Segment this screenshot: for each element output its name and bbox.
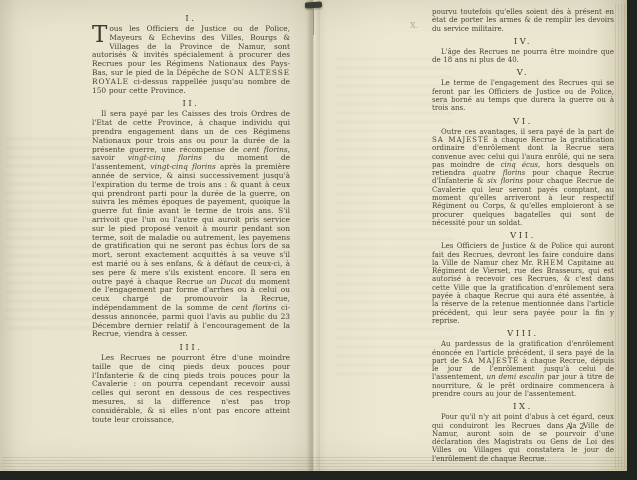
italic-term: cent florins [232, 303, 277, 312]
section-heading-i: I. [92, 13, 290, 23]
italic-term: six florins [487, 177, 523, 185]
spaced-capitals-term: RHEM [537, 259, 564, 267]
section-heading-vi: VI. [432, 116, 614, 126]
section-heading-ix: IX. [432, 401, 614, 411]
right-text-column: pourvu toutefois qu'elles soient dès à p… [432, 8, 614, 463]
italic-term: vingt-cinq florins [128, 153, 202, 162]
spaced-capitals-term: SA MAJESTÉ [462, 357, 519, 365]
body-paragraph: Pour qu'il n'y ait point d'abus à cet ég… [432, 413, 614, 463]
body-paragraph: Le terme de l'engagement des Recrues qui… [432, 79, 614, 112]
text-run: pour chaque Recrue de Cavalerie qui leur… [432, 177, 614, 226]
text-run: Capitaine au Régiment de Vierset, rue de… [432, 259, 614, 325]
text-run: Pour qu'il n'y ait point d'abus à cet ég… [432, 413, 614, 462]
binding-staple-icon [305, 2, 322, 9]
body-paragraph: pourvu toutefois qu'elles soient dès à p… [432, 8, 614, 33]
binding-stitch-line [313, 9, 314, 35]
text-run: Le terme de l'engagement des Recrues qui… [432, 79, 614, 112]
scanned-document-spread: X. I.Tous les Officiers de Justice ou de… [0, 0, 637, 480]
signature-mark: A 2 [566, 422, 587, 431]
text-run: Outre ces avantages, il sera payé de la … [441, 128, 614, 136]
italic-term: cinq écus [501, 161, 538, 169]
body-paragraph: L'âge des Recrues ne pourra être moindre… [432, 48, 614, 65]
body-paragraph: Au pardessus de la gratification d'enrôl… [432, 340, 614, 398]
body-paragraph: Tous les Officiers de Justice ou de Poli… [92, 25, 290, 95]
body-paragraph: Outre ces avantages, il sera payé de la … [432, 128, 614, 228]
text-run: L'âge des Recrues ne pourra être moindre… [432, 48, 614, 64]
body-paragraph: Les Officiers de Justice & de Police qui… [432, 242, 614, 325]
text-run: pourvu toutefois qu'elles soient dès à p… [432, 8, 614, 33]
verso-numeral-showthrough: X. [410, 21, 418, 30]
italic-term: un Ducat [207, 277, 242, 286]
right-page-edges [613, 4, 627, 469]
text-run: après la première année de service, & ai… [92, 162, 290, 285]
italic-term: quatre florins [472, 169, 525, 177]
spaced-capitals-term: SA MAJESTÉ [432, 136, 489, 144]
section-heading-viii: VIII. [432, 328, 614, 338]
body-paragraph: Les Recrues ne pourront être d'une moind… [92, 354, 290, 424]
italic-term: cent florins [243, 145, 287, 154]
section-heading-iii: III. [92, 342, 290, 352]
section-heading-v: V. [432, 67, 614, 77]
drop-cap-initial: T [92, 25, 109, 44]
text-run: Les Recrues ne pourront être d'une moind… [92, 353, 290, 424]
binding-gutter-crease [306, 0, 320, 471]
section-heading-vii: VII. [432, 230, 614, 240]
italic-term: un demi escalin [487, 373, 545, 381]
italic-term: vingt-cinq florins [150, 162, 215, 171]
section-heading-iv: IV. [432, 36, 614, 46]
section-heading-ii: II. [92, 98, 290, 108]
left-text-column: I.Tous les Officiers de Justice ou de Po… [92, 10, 290, 424]
body-paragraph: Il sera payé par les Caisses des trois O… [92, 110, 290, 339]
